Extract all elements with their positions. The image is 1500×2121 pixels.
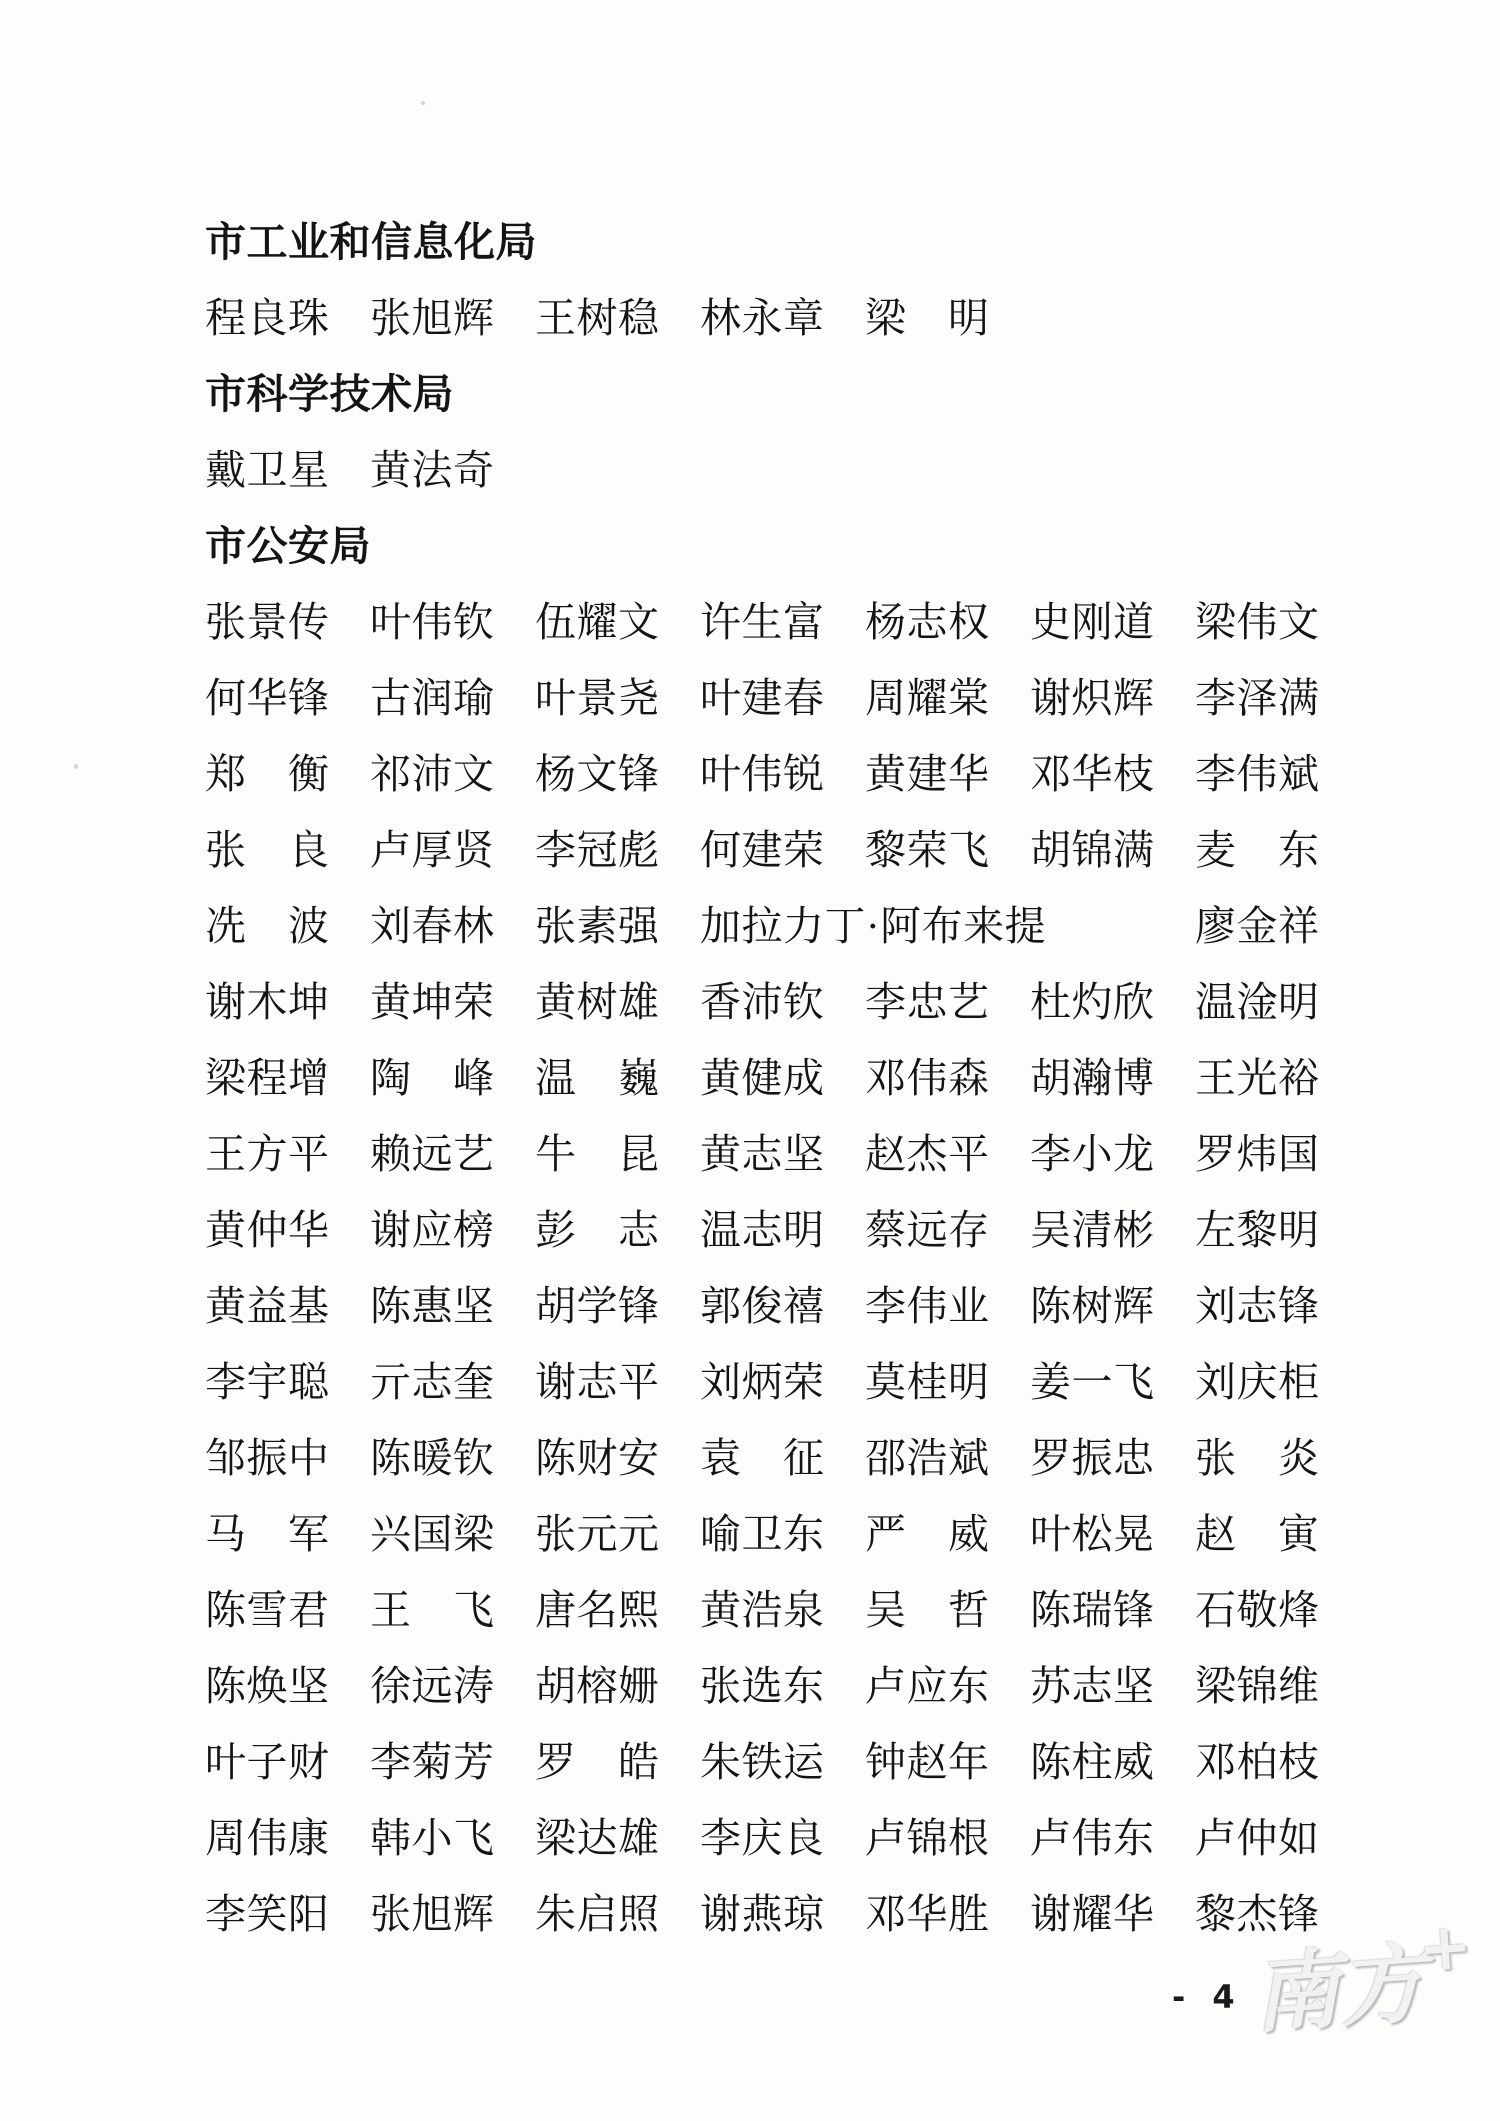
name-row: 梁程增陶 峰温 巍黄健成邓伟森胡瀚博王光裕 <box>205 1036 1320 1112</box>
person-name: 叶松晃 <box>1030 1501 1155 1560</box>
person-name: 叶伟锐 <box>700 741 825 800</box>
department-heading: 市工业和信息化局 <box>205 209 537 268</box>
name-row: 张 良卢厚贤李冠彪何建荣黎荣飞胡锦满麦 东 <box>205 808 1320 884</box>
person-name: 麦 东 <box>1195 817 1320 876</box>
person-name: 郑 衡 <box>205 741 330 800</box>
person-name: 严 威 <box>865 1501 990 1560</box>
heading-line: 市科学技术局 <box>205 352 1320 428</box>
person-name: 邓华胜 <box>865 1881 990 1940</box>
person-name: 李菊芳 <box>370 1729 495 1788</box>
person-name: 香沛钦 <box>700 969 825 1028</box>
scan-speck <box>421 101 425 105</box>
person-name: 刘春林 <box>370 893 495 952</box>
person-name: 谢志平 <box>535 1349 660 1408</box>
section-industry-information-bureau: 市工业和信息化局 程良珠张旭辉王树稳林永章梁 明 <box>205 200 1320 352</box>
person-name: 王光裕 <box>1195 1045 1320 1104</box>
watermark-plus-icon: + <box>1416 1908 1475 1987</box>
person-name: 林永章 <box>700 285 825 344</box>
person-name: 李伟斌 <box>1195 741 1320 800</box>
name-row: 叶子财李菊芳罗 皓朱铁运钟赵年陈柱威邓柏枝 <box>205 1720 1320 1796</box>
person-name: 兴国梁 <box>370 1501 495 1560</box>
person-name: 黎荣飞 <box>865 817 990 876</box>
person-name: 陈财安 <box>535 1425 660 1484</box>
person-name: 王 飞 <box>370 1577 495 1636</box>
person-name: 罗炜国 <box>1195 1121 1320 1180</box>
person-name: 苏志坚 <box>1030 1653 1155 1712</box>
person-name: 黄树雄 <box>535 969 660 1028</box>
person-name: 黄法奇 <box>370 437 495 496</box>
person-name: 朱启照 <box>535 1881 660 1940</box>
person-name: 许生富 <box>700 589 825 648</box>
person-name: 韩小飞 <box>370 1805 495 1864</box>
name-row: 程良珠张旭辉王树稳林永章梁 明 <box>205 276 1320 352</box>
scan-speck <box>74 764 78 769</box>
person-name: 杨志权 <box>865 589 990 648</box>
person-name: 刘庆柜 <box>1195 1349 1320 1408</box>
name-row: 何华锋古润瑜叶景尧叶建春周耀棠谢炽辉李泽满 <box>205 656 1320 732</box>
person-name: 陈焕坚 <box>205 1653 330 1712</box>
person-name: 郭俊禧 <box>700 1273 825 1332</box>
person-name: 邵浩斌 <box>865 1425 990 1484</box>
person-name: 张元元 <box>535 1501 660 1560</box>
heading-line: 市工业和信息化局 <box>205 200 1320 276</box>
person-name: 谢应榜 <box>370 1197 495 1256</box>
person-name: 亓志奎 <box>370 1349 495 1408</box>
person-name: 朱铁运 <box>700 1729 825 1788</box>
heading-line: 市公安局 <box>205 504 1320 580</box>
person-name: 赖远艺 <box>370 1121 495 1180</box>
scanned-document-page: 市工业和信息化局 程良珠张旭辉王树稳林永章梁 明 市科学技术局 戴卫星黄法奇 市… <box>0 0 1500 2121</box>
person-name: 卢锦根 <box>865 1805 990 1864</box>
person-name: 刘志锋 <box>1195 1273 1320 1332</box>
person-name: 李冠彪 <box>535 817 660 876</box>
person-name: 梁伟文 <box>1195 589 1320 648</box>
person-name: 邓华枝 <box>1030 741 1155 800</box>
person-name: 周伟康 <box>205 1805 330 1864</box>
nanfangplus-watermark: 南方+ <box>1248 1914 1477 2038</box>
person-name: 吴清彬 <box>1030 1197 1155 1256</box>
person-name: 张景传 <box>205 589 330 648</box>
person-name: 李泽满 <box>1195 665 1320 724</box>
person-name: 卢伟东 <box>1030 1805 1155 1864</box>
person-name: 邓柏枝 <box>1195 1729 1320 1788</box>
person-name: 姜一飞 <box>1030 1349 1155 1408</box>
name-row: 王方平赖远艺牛 昆黄志坚赵杰平李小龙罗炜国 <box>205 1112 1320 1188</box>
person-name: 陈暖钦 <box>370 1425 495 1484</box>
person-name: 程良珠 <box>205 285 330 344</box>
department-heading: 市公安局 <box>205 513 371 572</box>
person-name: 何建荣 <box>700 817 825 876</box>
person-name: 叶建春 <box>700 665 825 724</box>
person-name: 何华锋 <box>205 665 330 724</box>
section-public-security-bureau: 市公安局 张景传叶伟钦伍耀文许生富杨志权史刚道梁伟文何华锋古润瑜叶景尧叶建春周耀… <box>205 504 1320 1948</box>
person-name: 李笑阳 <box>205 1881 330 1940</box>
person-name: 赵杰平 <box>865 1121 990 1180</box>
person-name: 张 炎 <box>1195 1425 1320 1484</box>
person-name: 黄坤荣 <box>370 969 495 1028</box>
name-row: 李笑阳张旭辉朱启照谢燕琼邓华胜谢耀华黎杰锋 <box>205 1872 1320 1948</box>
person-name: 史刚道 <box>1030 589 1155 648</box>
name-row: 张景传叶伟钦伍耀文许生富杨志权史刚道梁伟文 <box>205 580 1320 656</box>
person-name: 李庆良 <box>700 1805 825 1864</box>
document-content: 市工业和信息化局 程良珠张旭辉王树稳林永章梁 明 市科学技术局 戴卫星黄法奇 市… <box>205 200 1320 1948</box>
person-name: 黄益基 <box>205 1273 330 1332</box>
person-name: 张 良 <box>205 817 330 876</box>
person-name: 胡锦满 <box>1030 817 1155 876</box>
person-name: 陈瑞锋 <box>1030 1577 1155 1636</box>
person-name: 周耀棠 <box>865 665 990 724</box>
person-name: 温志明 <box>700 1197 825 1256</box>
person-name: 袁 征 <box>700 1425 825 1484</box>
person-name: 徐远涛 <box>370 1653 495 1712</box>
person-name: 王方平 <box>205 1121 330 1180</box>
person-name: 黄志坚 <box>700 1121 825 1180</box>
person-name: 梁程增 <box>205 1045 330 1104</box>
person-name: 谢耀华 <box>1030 1881 1155 1940</box>
name-grid: 戴卫星黄法奇 <box>205 428 1320 504</box>
person-name: 梁 明 <box>865 285 990 344</box>
person-name: 罗振忠 <box>1030 1425 1155 1484</box>
person-name: 戴卫星 <box>205 437 330 496</box>
name-row: 郑 衡祁沛文杨文锋叶伟锐黄建华邓华枝李伟斌 <box>205 732 1320 808</box>
person-name: 罗 皓 <box>535 1729 660 1788</box>
person-name: 杜灼欣 <box>1030 969 1155 1028</box>
person-name: 陶 峰 <box>370 1045 495 1104</box>
person-name: 李宇聪 <box>205 1349 330 1408</box>
page-number: - 4 <box>1172 1978 1243 2016</box>
person-name: 刘炳荣 <box>700 1349 825 1408</box>
person-name: 卢应东 <box>865 1653 990 1712</box>
person-name: 加拉力丁·阿布来提 <box>700 893 1155 952</box>
name-row: 周伟康韩小飞梁达雄李庆良卢锦根卢伟东卢仲如 <box>205 1796 1320 1872</box>
person-name: 廖金祥 <box>1195 893 1320 952</box>
person-name: 温淦明 <box>1195 969 1320 1028</box>
person-name: 胡学锋 <box>535 1273 660 1332</box>
name-row: 黄仲华谢应榜彭 志温志明蔡远存吴清彬左黎明 <box>205 1188 1320 1264</box>
person-name: 邹振中 <box>205 1425 330 1484</box>
person-name: 蔡远存 <box>865 1197 990 1256</box>
name-row: 黄益基陈惠坚胡学锋郭俊禧李伟业陈树辉刘志锋 <box>205 1264 1320 1340</box>
person-name: 胡榕姗 <box>535 1653 660 1712</box>
person-name: 胡瀚博 <box>1030 1045 1155 1104</box>
person-name: 祁沛文 <box>370 741 495 800</box>
person-name: 张旭辉 <box>370 285 495 344</box>
person-name: 李忠艺 <box>865 969 990 1028</box>
person-name: 谢燕琼 <box>700 1881 825 1940</box>
person-name: 赵 寅 <box>1195 1501 1320 1560</box>
person-name: 温 巍 <box>535 1045 660 1104</box>
section-science-technology-bureau: 市科学技术局 戴卫星黄法奇 <box>205 352 1320 504</box>
person-name: 唐名熙 <box>535 1577 660 1636</box>
name-row: 冼 波刘春林张素强加拉力丁·阿布来提廖金祥 <box>205 884 1320 960</box>
person-name: 喻卫东 <box>700 1501 825 1560</box>
name-row: 陈焕坚徐远涛胡榕姗张选东卢应东苏志坚梁锦维 <box>205 1644 1320 1720</box>
person-name: 吴 哲 <box>865 1577 990 1636</box>
person-name: 卢仲如 <box>1195 1805 1320 1864</box>
person-name: 莫桂明 <box>865 1349 990 1408</box>
name-row: 马 军兴国梁张元元喻卫东严 威叶松晃赵 寅 <box>205 1492 1320 1568</box>
person-name: 梁达雄 <box>535 1805 660 1864</box>
person-name: 谢木坤 <box>205 969 330 1028</box>
person-name: 彭 志 <box>535 1197 660 1256</box>
person-name: 石敬烽 <box>1195 1577 1320 1636</box>
department-heading: 市科学技术局 <box>205 361 454 420</box>
person-name: 陈雪君 <box>205 1577 330 1636</box>
person-name: 张素强 <box>535 893 660 952</box>
person-name: 叶伟钦 <box>370 589 495 648</box>
person-name: 冼 波 <box>205 893 330 952</box>
person-name: 钟赵年 <box>865 1729 990 1788</box>
person-name: 邓伟森 <box>865 1045 990 1104</box>
person-name: 伍耀文 <box>535 589 660 648</box>
person-name: 古润瑜 <box>370 665 495 724</box>
person-name: 叶景尧 <box>535 665 660 724</box>
name-row: 邹振中陈暖钦陈财安袁 征邵浩斌罗振忠张 炎 <box>205 1416 1320 1492</box>
person-name: 黄浩泉 <box>700 1577 825 1636</box>
person-name: 陈柱威 <box>1030 1729 1155 1788</box>
watermark-text: 南方 <box>1250 1933 1429 2046</box>
person-name: 张选东 <box>700 1653 825 1712</box>
person-name: 李伟业 <box>865 1273 990 1332</box>
person-name: 张旭辉 <box>370 1881 495 1940</box>
person-name: 黄建华 <box>865 741 990 800</box>
name-row: 戴卫星黄法奇 <box>205 428 1320 504</box>
person-name: 黄仲华 <box>205 1197 330 1256</box>
name-grid: 张景传叶伟钦伍耀文许生富杨志权史刚道梁伟文何华锋古润瑜叶景尧叶建春周耀棠谢炽辉李… <box>205 580 1320 1948</box>
name-grid: 程良珠张旭辉王树稳林永章梁 明 <box>205 276 1320 352</box>
person-name: 牛 昆 <box>535 1121 660 1180</box>
person-name: 王树稳 <box>535 285 660 344</box>
person-name: 梁锦维 <box>1195 1653 1320 1712</box>
name-row: 陈雪君王 飞唐名熙黄浩泉吴 哲陈瑞锋石敬烽 <box>205 1568 1320 1644</box>
name-row: 谢木坤黄坤荣黄树雄香沛钦李忠艺杜灼欣温淦明 <box>205 960 1320 1036</box>
person-name: 杨文锋 <box>535 741 660 800</box>
person-name: 谢炽辉 <box>1030 665 1155 724</box>
person-name: 陈惠坚 <box>370 1273 495 1332</box>
person-name: 左黎明 <box>1195 1197 1320 1256</box>
name-row: 李宇聪亓志奎谢志平刘炳荣莫桂明姜一飞刘庆柜 <box>205 1340 1320 1416</box>
person-name: 马 军 <box>205 1501 330 1560</box>
person-name: 李小龙 <box>1030 1121 1155 1180</box>
person-name: 黄健成 <box>700 1045 825 1104</box>
person-name: 陈树辉 <box>1030 1273 1155 1332</box>
person-name: 叶子财 <box>205 1729 330 1788</box>
person-name: 卢厚贤 <box>370 817 495 876</box>
